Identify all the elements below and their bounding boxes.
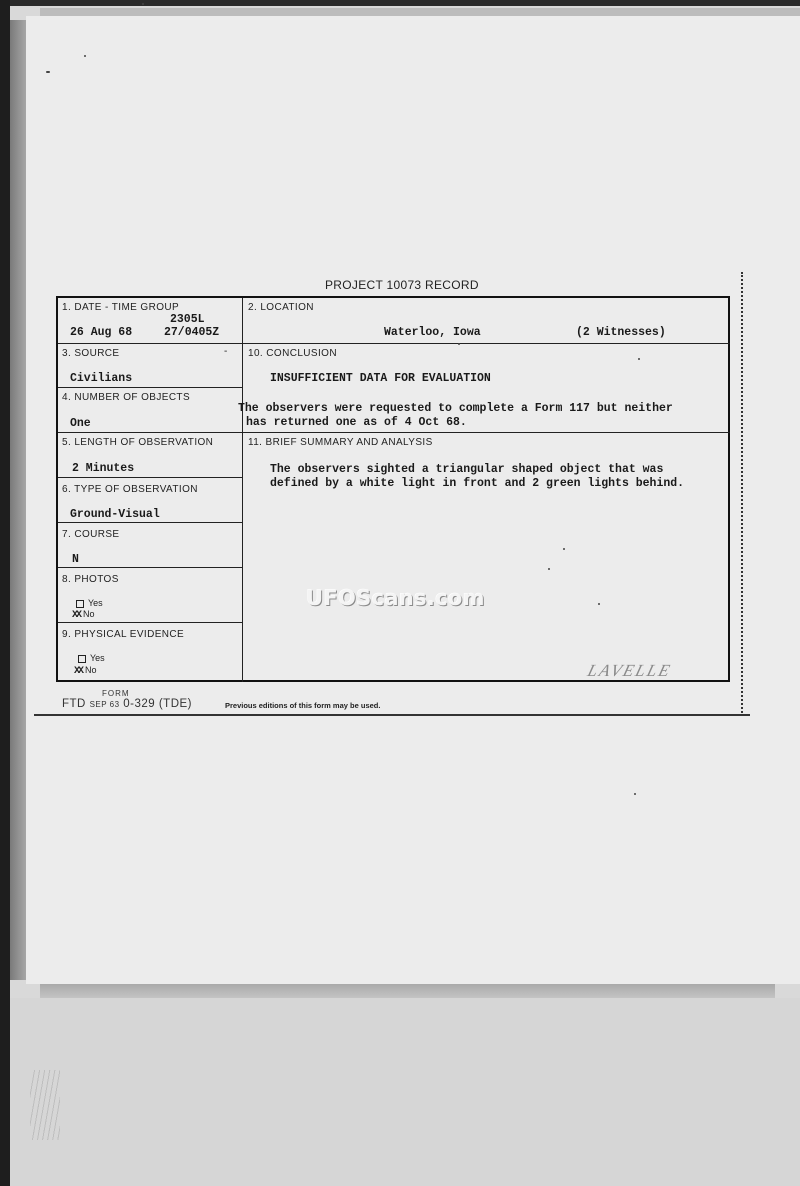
conclusion-detail-line2: has returned one as of 4 Oct 68. xyxy=(246,416,467,429)
physical-evidence-no-label: No xyxy=(85,665,97,675)
speck xyxy=(84,55,86,57)
photos-label: 8. PHOTOS xyxy=(62,574,119,585)
local-time-value: 2305L xyxy=(170,313,205,326)
project-record-form: 1. DATE - TIME GROUP 2305L 26 Aug 68 27/… xyxy=(56,296,730,682)
watermark: UFOScans.com xyxy=(306,586,485,610)
photos-yes-option[interactable]: Yes xyxy=(76,598,103,608)
footer-note: Previous editions of this form may be us… xyxy=(225,701,380,710)
speck xyxy=(142,3,144,5)
length-of-observation-label: 5. LENGTH OF OBSERVATION xyxy=(62,437,213,448)
row-divider xyxy=(58,387,242,388)
source-value: Civilians xyxy=(70,372,132,385)
checkbox-empty-icon xyxy=(78,655,86,663)
typed-x-mark-icon: XX xyxy=(74,666,82,677)
number-of-objects-label: 4. NUMBER OF OBJECTS xyxy=(62,392,190,403)
photos-no-label: No xyxy=(83,609,95,619)
physical-evidence-label: 9. PHYSICAL EVIDENCE xyxy=(62,629,184,640)
conclusion-detail-line1: The observers were requested to complete… xyxy=(238,402,673,415)
speck xyxy=(458,343,460,345)
location-value: Waterloo, Iowa xyxy=(384,326,481,339)
row-divider xyxy=(58,567,242,568)
page-bottom-rule xyxy=(34,714,750,716)
physical-evidence-yes-option[interactable]: Yes xyxy=(78,653,105,663)
location-label: 2. LOCATION xyxy=(248,302,314,313)
course-value: N xyxy=(72,553,79,566)
source-label: 3. SOURCE xyxy=(62,348,120,359)
footer-form-date: SEP 63 xyxy=(90,700,120,709)
footer-form-label: FORM xyxy=(102,689,130,698)
witnesses-note: (2 Witnesses) xyxy=(576,326,666,339)
row-divider xyxy=(58,432,730,433)
row-divider xyxy=(58,477,242,478)
speck xyxy=(46,71,50,73)
length-of-observation-value: 2 Minutes xyxy=(72,462,134,475)
form-title: PROJECT 10073 RECORD xyxy=(325,278,479,292)
scan-top-edge xyxy=(0,0,800,6)
page-right-rule xyxy=(741,272,743,716)
conclusion-label: 10. CONCLUSION xyxy=(248,348,337,359)
handwritten-signature: LAVELLE xyxy=(585,661,673,681)
summary-line2: defined by a white light in front and 2 … xyxy=(270,477,684,490)
speck xyxy=(638,358,640,360)
summary-line1: The observers sighted a triangular shape… xyxy=(270,463,663,476)
row-divider xyxy=(58,522,242,523)
scan-left-edge xyxy=(0,0,10,1186)
scan-top-shadow xyxy=(40,8,800,16)
row-divider xyxy=(58,622,242,623)
date-time-group-label: 1. DATE - TIME GROUP xyxy=(62,302,179,313)
typed-x-mark-icon: XX xyxy=(72,610,80,621)
speck xyxy=(634,793,636,795)
footer-form-number: 0-329 (TDE) xyxy=(123,698,192,710)
row-divider xyxy=(58,343,730,344)
photos-no-option[interactable]: XXNo xyxy=(72,609,95,621)
sheet-bottom-shadow xyxy=(40,984,775,998)
type-of-observation-label: 6. TYPE OF OBSERVATION xyxy=(62,484,198,495)
number-of-objects-value: One xyxy=(70,417,91,430)
footer-form-prefix: FTD xyxy=(62,698,86,710)
course-label: 7. COURSE xyxy=(62,529,120,540)
physical-evidence-no-option[interactable]: XXNo xyxy=(74,665,97,677)
summary-label: 11. BRIEF SUMMARY AND ANALYSIS xyxy=(248,437,433,448)
speck xyxy=(563,548,565,550)
dash-mark: - xyxy=(224,346,228,357)
column-divider xyxy=(242,298,243,682)
zulu-time-value: 27/0405Z xyxy=(164,326,219,339)
speck xyxy=(598,603,600,605)
physical-evidence-yes-label: Yes xyxy=(90,653,105,663)
type-of-observation-value: Ground-Visual xyxy=(70,508,160,521)
footer-form-id: FTD SEP 63 0-329 (TDE) xyxy=(62,698,192,710)
date-value: 26 Aug 68 xyxy=(70,326,132,339)
conclusion-value: INSUFFICIENT DATA FOR EVALUATION xyxy=(270,372,491,385)
speck xyxy=(548,568,550,570)
photos-yes-label: Yes xyxy=(88,598,103,608)
scanner-bed xyxy=(10,998,800,1186)
scan-scratch-marks xyxy=(30,1070,60,1140)
checkbox-empty-icon xyxy=(76,600,84,608)
